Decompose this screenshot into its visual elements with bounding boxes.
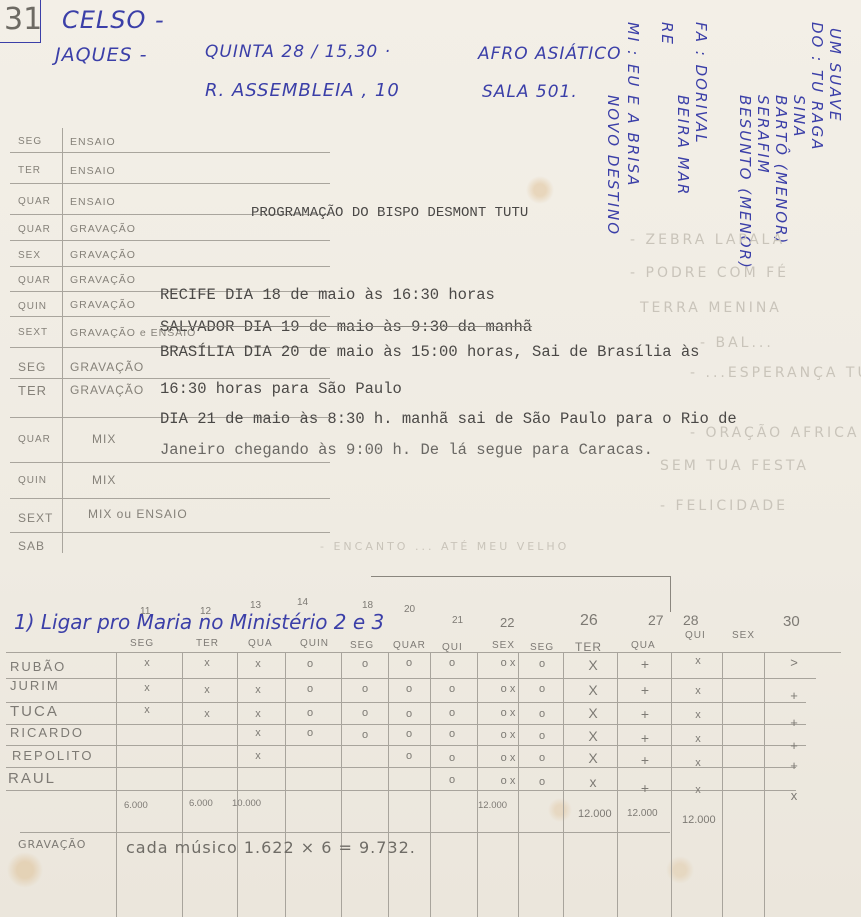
schedule-divider (62, 128, 63, 553)
mark: o (389, 683, 429, 695)
faded-text-4: - BAL... (700, 335, 774, 351)
header-line-1: CELSO - (62, 6, 165, 34)
column-total: 6.000 (124, 800, 148, 811)
grid-column-line (764, 652, 765, 917)
mark: x (238, 684, 278, 696)
mark: X (573, 728, 613, 744)
mark: x (187, 657, 227, 669)
musician-name: REPOLITO (12, 748, 94, 763)
mark: + (774, 715, 814, 730)
mark: o (432, 728, 472, 740)
grid-column-line (285, 652, 286, 917)
scanned-page: 31 CELSO - JAQUES - QUINTA 28 / 15,30 · … (0, 0, 861, 917)
mark: o (389, 657, 429, 669)
mark: + (774, 688, 814, 703)
faded-text-3: TERRA MENINA (640, 300, 782, 316)
day-label: QUA (248, 638, 273, 649)
column-total: 10.000 (232, 798, 261, 809)
schedule-row: SEXTMIX ou ENSAIO (10, 499, 330, 533)
grid-line (6, 702, 806, 703)
mark: x (238, 727, 278, 739)
date-number: 28 (683, 612, 699, 628)
mark: X (573, 657, 613, 673)
mark: x (678, 709, 718, 721)
musician-name: JURIM (10, 678, 60, 693)
mark: X (573, 750, 613, 766)
mark: + (625, 682, 665, 698)
schedule-row: QUINMIX (10, 463, 330, 499)
mark: o (290, 658, 330, 670)
date-number: 27 (648, 612, 664, 628)
side-note-fa-1: FA : DORIVAL (692, 22, 710, 145)
grid-line (20, 832, 670, 833)
date-number: 18 (362, 600, 373, 611)
faded-text-2: - PODRE COM FÉ (630, 265, 789, 281)
mark: o (389, 708, 429, 720)
grid-column-line (430, 652, 431, 917)
day-label: QUAR (393, 640, 426, 651)
mark: o (290, 707, 330, 719)
side-note-mi-2: NOVO DESTINO (604, 95, 622, 236)
faded-text-1: - ZEBRA LAPALA (630, 232, 785, 248)
mark: x (678, 733, 718, 745)
column-total: 12.000 (578, 808, 612, 820)
mark: x (678, 757, 718, 769)
schedule-row: TERENSAIO (10, 153, 330, 184)
mark: o (522, 658, 562, 670)
musician-name: RUBÃO (10, 659, 66, 674)
schedule-row: SEXGRAVAÇÃO (10, 241, 330, 267)
side-note-re: RE (658, 22, 676, 46)
mark: o (432, 657, 472, 669)
day-label: SEX (492, 640, 515, 651)
musician-name: TUCA (10, 703, 59, 720)
grid-top-border (371, 576, 671, 577)
column-total: 12.000 (478, 800, 507, 811)
header-room: SALA 501. (482, 82, 578, 102)
grid-column-line (341, 652, 342, 917)
mark: o (522, 730, 562, 742)
typed-line-5: DIA 21 de maio às 8:30 h. manhã sai de S… (160, 410, 737, 428)
mark: x (573, 774, 613, 790)
mark: x (774, 788, 814, 803)
mark: x (238, 708, 278, 720)
grid-column-line (671, 652, 672, 917)
grid-column-line (182, 652, 183, 917)
mark: x (127, 682, 167, 694)
typed-line-2: SALVADOR DIA 19 de maio às 9:30 da manhã (160, 318, 532, 336)
schedule-row: SEGENSAIO (10, 128, 330, 153)
grid-column-line (116, 652, 117, 917)
mark: + (625, 780, 665, 796)
schedule-row: SAB (10, 533, 330, 567)
day-label: SEG (130, 638, 154, 649)
day-label: QUI (685, 630, 706, 641)
mark: o (522, 752, 562, 764)
side-note-do-4: BARTÔ (MENOR) (772, 95, 790, 245)
day-label: SEX (732, 630, 755, 641)
mark: > (774, 655, 814, 670)
typed-line-6: Janeiro chegando às 9:00 h. De lá segue … (160, 441, 653, 459)
side-note-mi-1: MI : EU E A BRISA (624, 22, 642, 187)
date-number: 11 (140, 606, 150, 617)
column-total: 6.000 (189, 798, 213, 809)
header-address: R. ASSEMBLEIA , 10 (205, 80, 400, 101)
day-label: QUIN (300, 638, 329, 649)
date-number: 21 (452, 615, 463, 626)
mark: x (678, 685, 718, 697)
side-note-fa-2: BEIRA MAR (674, 95, 692, 196)
grid-column-line (617, 652, 618, 917)
mark: o (389, 750, 429, 762)
grid-column-line (477, 652, 478, 917)
mark: o (345, 707, 385, 719)
grid-line (6, 745, 806, 746)
date-number: 12 (200, 606, 211, 617)
mark: x (187, 684, 227, 696)
date-number: 26 (580, 612, 598, 630)
day-label: TER (196, 638, 219, 649)
mark: x (127, 657, 167, 669)
mark: + (774, 758, 814, 773)
side-note-do-1: UM SUAVE (826, 28, 844, 122)
mark: o (290, 683, 330, 695)
grid-column-line (563, 652, 564, 917)
date-number: 14 (297, 597, 308, 608)
typed-line-1: RECIFE DIA 18 de maio às 16:30 horas (160, 286, 495, 304)
mark: X (573, 682, 613, 698)
mark: + (625, 730, 665, 746)
mark: o (432, 683, 472, 695)
date-number: 30 (783, 613, 800, 630)
faded-text-8: - FELICIDADE (660, 498, 788, 514)
mark: x (678, 784, 718, 796)
day-label: SEG (350, 640, 374, 651)
faded-text-7: SEM TUA FESTA (660, 458, 809, 474)
grid-line (6, 678, 816, 679)
mark: o (345, 658, 385, 670)
header-when: QUINTA 28 / 15,30 · (205, 42, 391, 62)
typed-title: PROGRAMAÇÃO DO BISPO DESMONT TUTU (251, 205, 528, 221)
grid-line (6, 652, 841, 653)
date-number: 13 (250, 600, 261, 611)
mark: + (625, 706, 665, 722)
mark: o (290, 727, 330, 739)
mark: o (432, 707, 472, 719)
mark: X (573, 705, 613, 721)
side-note-do-2: DO : TU RAGA (808, 22, 826, 151)
header-where: AFRO ASIÁTICO (478, 44, 621, 64)
column-total: 12.000 (627, 808, 658, 819)
mark: + (625, 752, 665, 768)
side-note-do-3: SINA (790, 95, 808, 138)
mark: + (774, 738, 814, 753)
day-label: QUA (631, 640, 656, 651)
mark: x (238, 658, 278, 670)
faded-text-9: - ENCANTO ... ATÉ MEU VELHO (320, 540, 569, 553)
mark: o (522, 683, 562, 695)
mark: o (345, 729, 385, 741)
header-name: JAQUES - (55, 44, 147, 66)
grid-top-border-right (670, 576, 671, 612)
mark: o (522, 776, 562, 788)
date-number: 20 (404, 604, 415, 615)
grid-column-line (722, 652, 723, 917)
mark: + (625, 656, 665, 672)
mark: x (187, 708, 227, 720)
typed-line-4: 16:30 horas para São Paulo (160, 380, 402, 398)
mark: o (345, 683, 385, 695)
mark: x (238, 750, 278, 762)
faded-text-5: - ...ESPERANÇA TU (690, 365, 861, 381)
mark: o (432, 774, 472, 786)
mark: o (522, 708, 562, 720)
page-number: 31 (4, 2, 42, 37)
mark: x (678, 655, 718, 667)
column-total: 12.000 (682, 814, 716, 826)
mark: o (389, 728, 429, 740)
footer-calculation: cada músico 1.622 × 6 = 9.732. (126, 838, 416, 857)
mark: o (432, 752, 472, 764)
musician-name: RAUL (8, 770, 56, 787)
grid-line (6, 724, 806, 725)
footer-label: GRAVAÇÃO (18, 838, 86, 851)
date-number: 22 (500, 615, 514, 630)
musician-name: RICARDO (10, 725, 84, 740)
typed-line-3: BRASÍLIA DIA 20 de maio às 15:00 horas, … (160, 343, 700, 361)
mark: x (127, 704, 167, 716)
side-note-do-5: SERAFIM (754, 95, 772, 175)
